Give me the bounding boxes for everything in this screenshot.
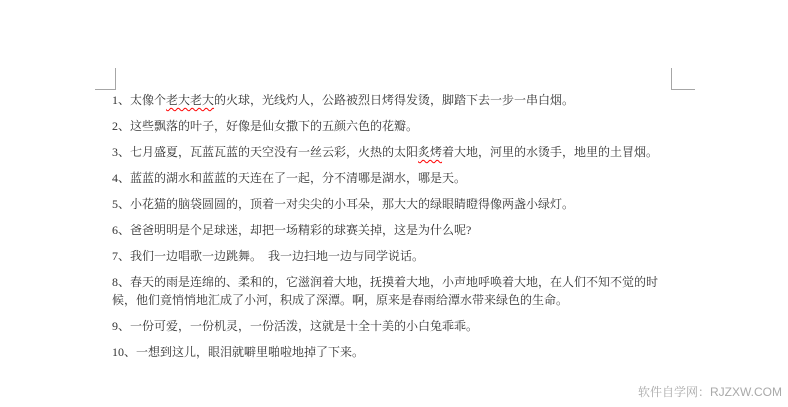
sentence-10[interactable]: 10、一想到这儿，眼泪就噼里啪啦地掉了下来。 <box>112 343 668 361</box>
sentence-8-text: 8、春天的雨是连绵的、柔和的，它滋润着大地，抚摸着大地，小声地呼唤着大地，在人们… <box>112 275 658 307</box>
sentence-2[interactable]: 2、这些飘落的叶子，好像是仙女撒下的五颜六色的花瓣。 <box>112 117 668 135</box>
sentence-3-post: 着大地，河里的水烫手，地里的土冒烟。 <box>442 145 658 159</box>
misspelled-word: 炙烤 <box>418 145 442 159</box>
sentence-6-text: 6、爸爸明明是个足球迷，却把一场精彩的球赛关掉，这是为什么呢? <box>112 223 471 237</box>
sentence-3-pre: 3、七月盛夏，瓦蓝瓦蓝的天空没有一丝云彩，火热的太阳 <box>112 145 418 159</box>
sentence-10-text: 10、一想到这儿，眼泪就噼里啪啦地掉了下来。 <box>112 345 364 359</box>
sentence-1-pre: 1、太像个 <box>112 93 166 107</box>
sentence-5[interactable]: 5、小花猫的脑袋圆圆的，顶着一对尖尖的小耳朵，那大大的绿眼睛瞪得像两盏小绿灯。 <box>112 195 668 213</box>
sentence-6[interactable]: 6、爸爸明明是个足球迷，却把一场精彩的球赛关掉，这是为什么呢? <box>112 221 668 239</box>
sentence-4[interactable]: 4、蓝蓝的湖水和蓝蓝的天连在了一起，分不清哪是湖水，哪是天。 <box>112 169 668 187</box>
margin-mark-top-right-icon <box>671 68 695 90</box>
sentence-7-text: 7、我们一边唱歌一边跳舞。 我一边扫地一边与同学说话。 <box>112 249 424 263</box>
watermark: 软件自学网：RJZXW.COM <box>638 383 782 400</box>
sentence-7[interactable]: 7、我们一边唱歌一边跳舞。 我一边扫地一边与同学说话。 <box>112 247 668 265</box>
sentence-1-post: 的火球，光线灼人，公路被烈日烤得发烫，脚踏下去一步一串白烟。 <box>214 93 574 107</box>
sentence-3[interactable]: 3、七月盛夏，瓦蓝瓦蓝的天空没有一丝云彩，火热的太阳炙烤着大地，河里的水烫手，地… <box>112 143 668 161</box>
document-text-area[interactable]: 1、太像个老大老大的火球，光线灼人，公路被烈日烤得发烫，脚踏下去一步一串白烟。 … <box>112 91 668 369</box>
sentence-5-text: 5、小花猫的脑袋圆圆的，顶着一对尖尖的小耳朵，那大大的绿眼睛瞪得像两盏小绿灯。 <box>112 197 574 211</box>
sentence-8[interactable]: 8、春天的雨是连绵的、柔和的，它滋润着大地，抚摸着大地，小声地呼唤着大地，在人们… <box>112 273 668 309</box>
margin-mark-top-left-icon <box>95 68 116 90</box>
misspelled-word: 老大老大 <box>166 93 214 107</box>
sentence-4-text: 4、蓝蓝的湖水和蓝蓝的天连在了一起，分不清哪是湖水，哪是天。 <box>112 171 466 185</box>
sentence-9[interactable]: 9、一份可爱，一份机灵，一份活泼，这就是十全十美的小白兔乖乖。 <box>112 317 668 335</box>
sentence-1[interactable]: 1、太像个老大老大的火球，光线灼人，公路被烈日烤得发烫，脚踏下去一步一串白烟。 <box>112 91 668 109</box>
document-page: 1、太像个老大老大的火球，光线灼人，公路被烈日烤得发烫，脚踏下去一步一串白烟。 … <box>0 0 788 407</box>
sentence-2-text: 2、这些飘落的叶子，好像是仙女撒下的五颜六色的花瓣。 <box>112 119 418 133</box>
sentence-9-text: 9、一份可爱，一份机灵，一份活泼，这就是十全十美的小白兔乖乖。 <box>112 319 478 333</box>
